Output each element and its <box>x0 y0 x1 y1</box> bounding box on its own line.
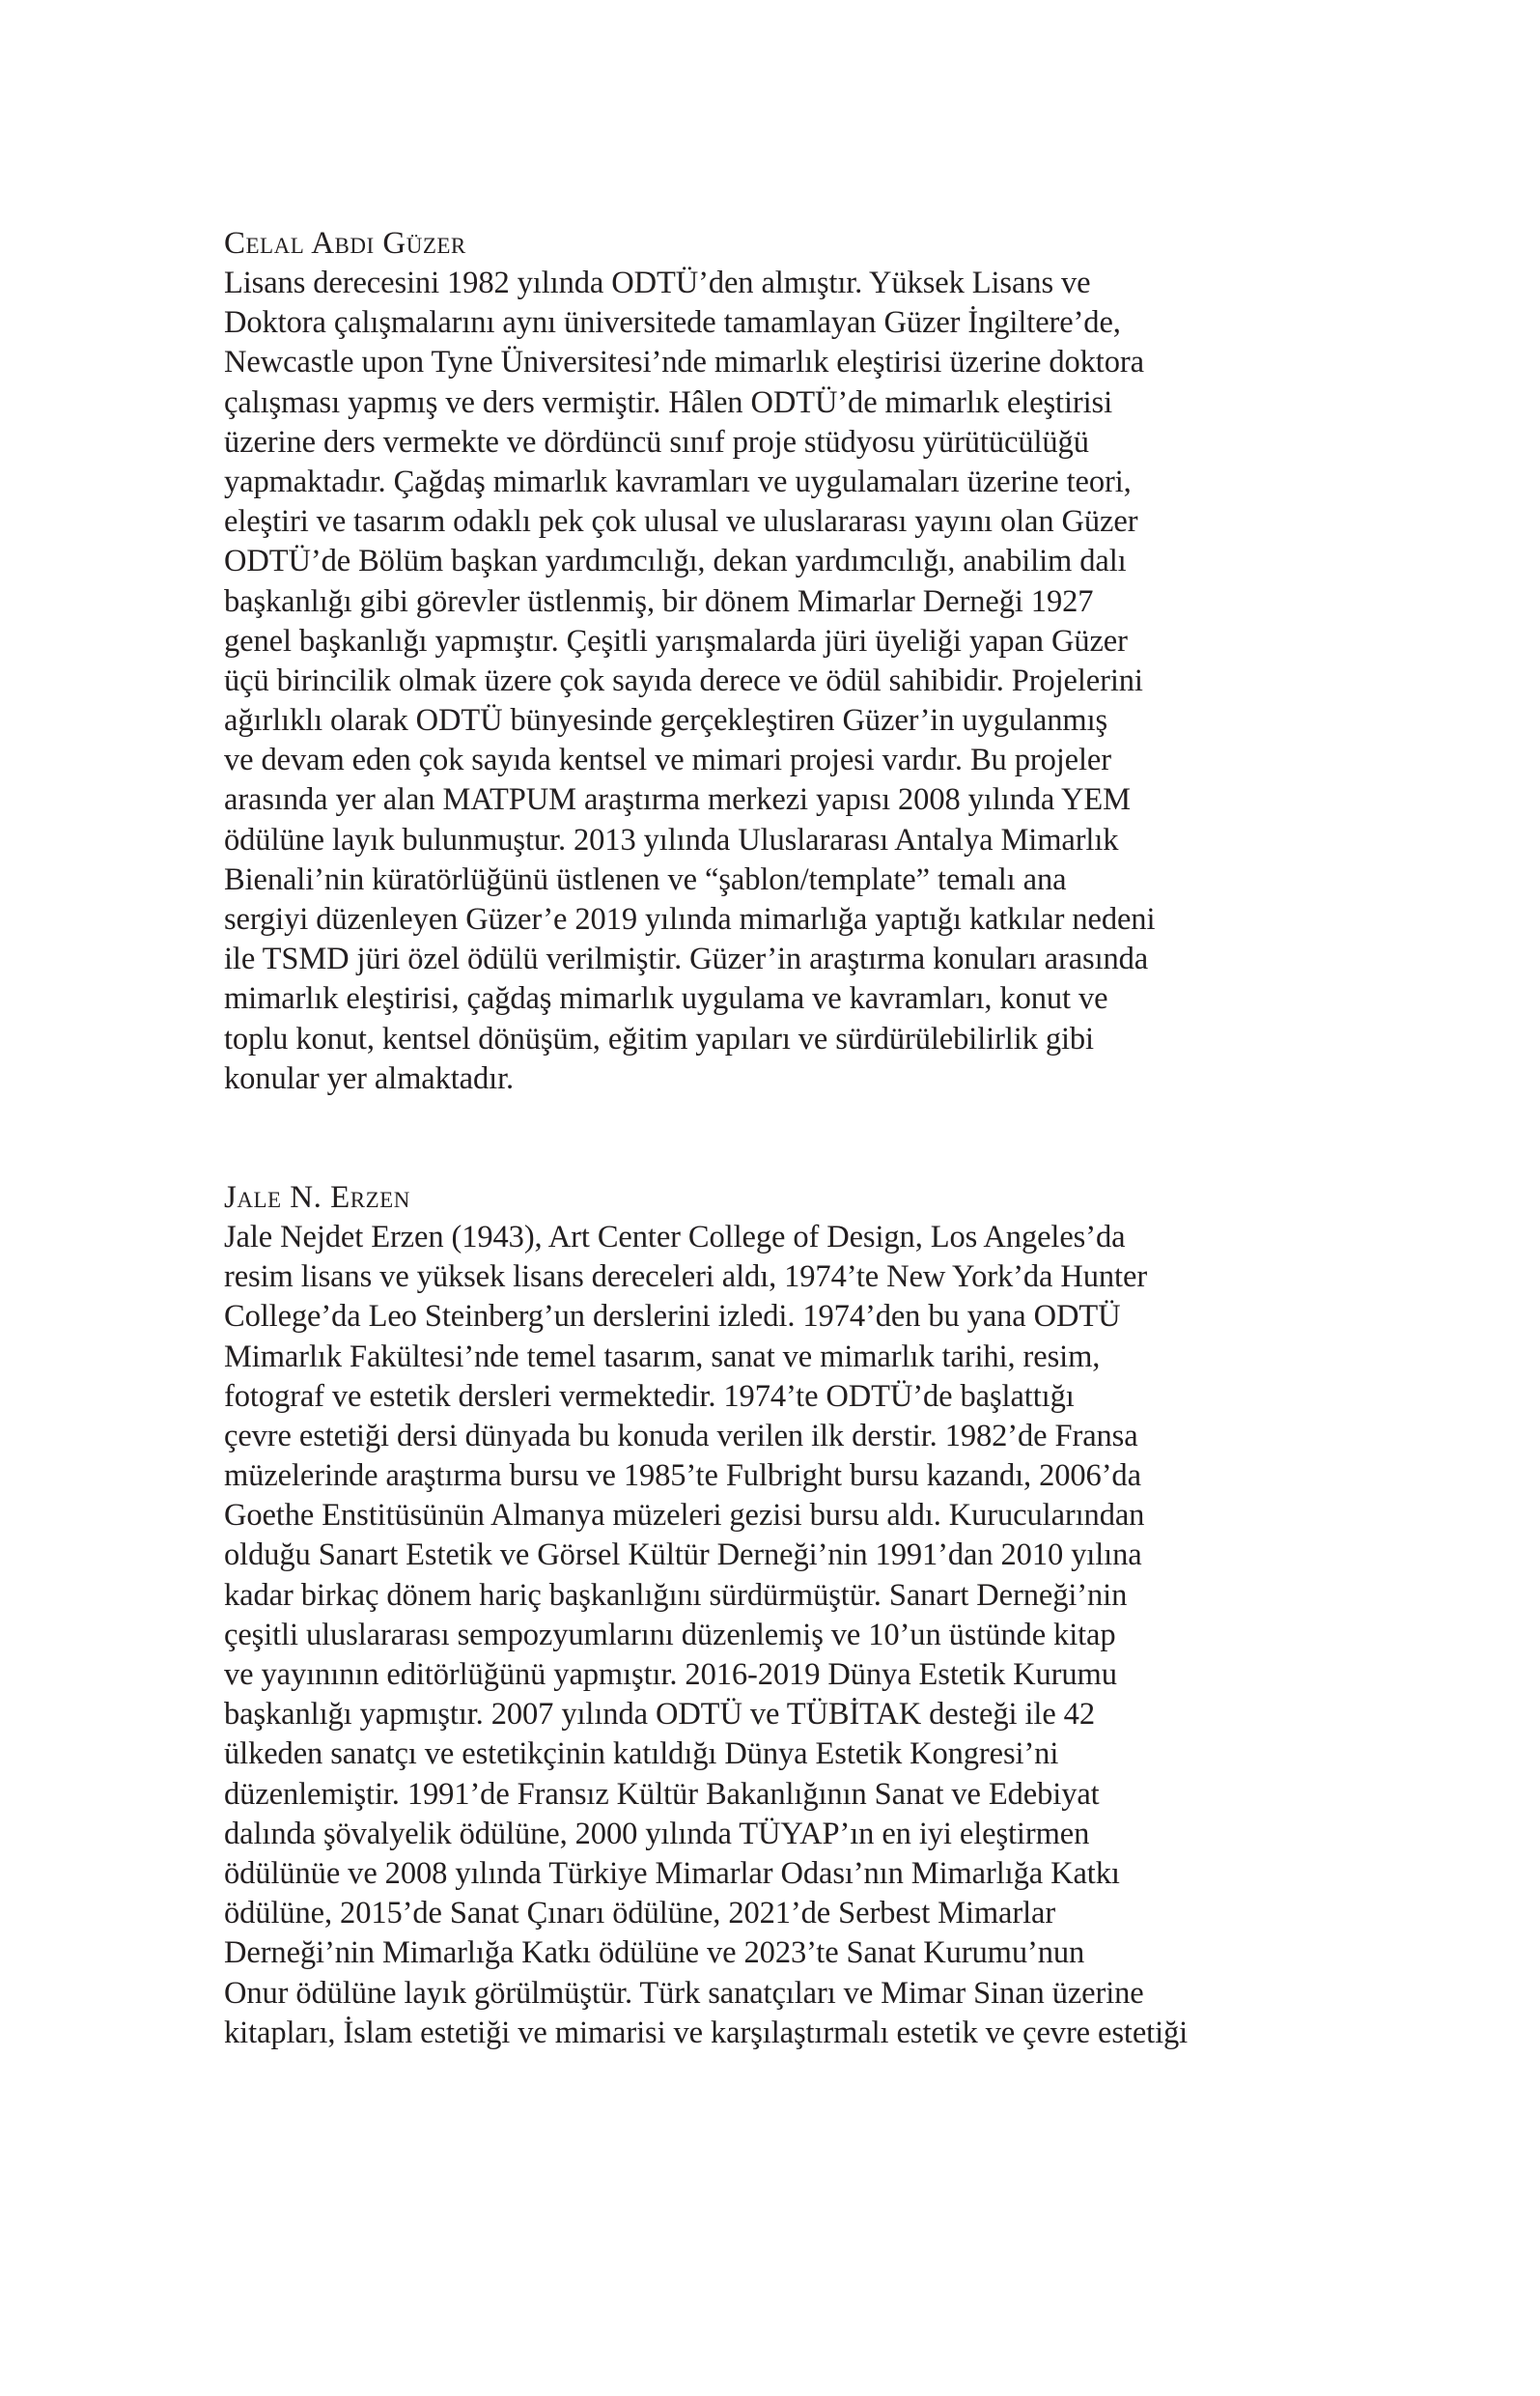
text-line: konular yer almaktadır. <box>224 1059 1344 1099</box>
text-line: düzenlemiştir. 1991’de Fransız Kültür Ba… <box>224 1775 1344 1815</box>
text-line: başkanlığı gibi görevler üstlenmiş, bir … <box>224 582 1344 622</box>
text-line: dalında şövalyelik ödülüne, 2000 yılında… <box>224 1815 1344 1854</box>
page-content: Celal Abdi Güzer Lisans derecesini 1982 … <box>224 224 1344 2053</box>
bio-paragraph: Lisans derecesini 1982 yılında ODTÜ’den … <box>224 264 1344 1099</box>
text-line: resim lisans ve yüksek lisans dereceleri… <box>224 1257 1344 1297</box>
text-line: çalışması yapmış ve ders vermiştir. Hâle… <box>224 383 1344 423</box>
text-line: Jale Nejdet Erzen (1943), Art Center Col… <box>224 1218 1344 1257</box>
text-line: Goethe Enstitüsünün Almanya müzeleri gez… <box>224 1496 1344 1536</box>
text-line: olduğu Sanart Estetik ve Görsel Kültür D… <box>224 1536 1344 1575</box>
text-line: üçü birincilik olmak üzere çok sayıda de… <box>224 662 1344 701</box>
text-line: yapmaktadır. Çağdaş mimarlık kavramları … <box>224 463 1344 502</box>
text-line: ile TSMD jüri özel ödülü verilmiştir. Gü… <box>224 940 1344 979</box>
text-line: College’da Leo Steinberg’un derslerini i… <box>224 1297 1344 1337</box>
text-line: ödülüne layık bulunmuştur. 2013 yılında … <box>224 821 1344 860</box>
section-spacer <box>224 1099 1344 1178</box>
text-line: genel başkanlığı yapmıştır. Çeşitli yarı… <box>224 622 1344 662</box>
text-line: Mimarlık Fakültesi’nde temel tasarım, sa… <box>224 1338 1344 1377</box>
text-line: Bienali’nin küratörlüğünü üstlenen ve “ş… <box>224 860 1344 900</box>
bio-jale-n-erzen: Jale N. Erzen Jale Nejdet Erzen (1943), … <box>224 1178 1344 2053</box>
bio-name: Celal Abdi Güzer <box>224 224 1344 264</box>
text-line: Onur ödülüne layık görülmüştür. Türk san… <box>224 1974 1344 2014</box>
text-line: kitapları, İslam estetiği ve mimarisi ve… <box>224 2014 1344 2053</box>
text-line: başkanlığı yapmıştır. 2007 yılında ODTÜ … <box>224 1695 1344 1734</box>
text-line: ağırlıklı olarak ODTÜ bünyesinde gerçekl… <box>224 701 1344 741</box>
text-line: ODTÜ’de Bölüm başkan yardımcılığı, dekan… <box>224 542 1344 581</box>
text-line: ve yayınının editörlüğünü yapmıştır. 201… <box>224 1655 1344 1695</box>
text-line: sergiyi düzenleyen Güzer’e 2019 yılında … <box>224 900 1344 940</box>
text-line: ülkeden sanatçı ve estetikçinin katıldığ… <box>224 1734 1344 1774</box>
text-line: müzelerinde araştırma bursu ve 1985’te F… <box>224 1456 1344 1496</box>
text-line: ödülüne, 2015’de Sanat Çınarı ödülüne, 2… <box>224 1894 1344 1933</box>
text-line: ödülünüe ve 2008 yılında Türkiye Mimarla… <box>224 1854 1344 1894</box>
text-line: fotograf ve estetik dersleri vermektedir… <box>224 1377 1344 1417</box>
bio-celal-abdi-guzer: Celal Abdi Güzer Lisans derecesini 1982 … <box>224 224 1344 1099</box>
text-line: Newcastle upon Tyne Üniversitesi’nde mim… <box>224 343 1344 382</box>
text-line: çevre estetiği dersi dünyada bu konuda v… <box>224 1417 1344 1456</box>
text-line: çeşitli uluslararası sempozyumlarını düz… <box>224 1616 1344 1655</box>
text-line: üzerine ders vermekte ve dördüncü sınıf … <box>224 423 1344 463</box>
text-line: eleştiri ve tasarım odaklı pek çok ulusa… <box>224 502 1344 542</box>
text-line: arasında yer alan MATPUM araştırma merke… <box>224 780 1344 820</box>
bio-paragraph: Jale Nejdet Erzen (1943), Art Center Col… <box>224 1218 1344 2053</box>
text-line: Lisans derecesini 1982 yılında ODTÜ’den … <box>224 264 1344 303</box>
text-line: Derneği’nin Mimarlığa Katkı ödülüne ve 2… <box>224 1933 1344 1973</box>
bio-name: Jale N. Erzen <box>224 1178 1344 1218</box>
text-line: ve devam eden çok sayıda kentsel ve mima… <box>224 741 1344 780</box>
text-line: toplu konut, kentsel dönüşüm, eğitim yap… <box>224 1020 1344 1059</box>
text-line: mimarlık eleştirisi, çağdaş mimarlık uyg… <box>224 979 1344 1019</box>
text-line: kadar birkaç dönem hariç başkanlığını sü… <box>224 1576 1344 1616</box>
text-line: Doktora çalışmalarını aynı üniversitede … <box>224 303 1344 343</box>
